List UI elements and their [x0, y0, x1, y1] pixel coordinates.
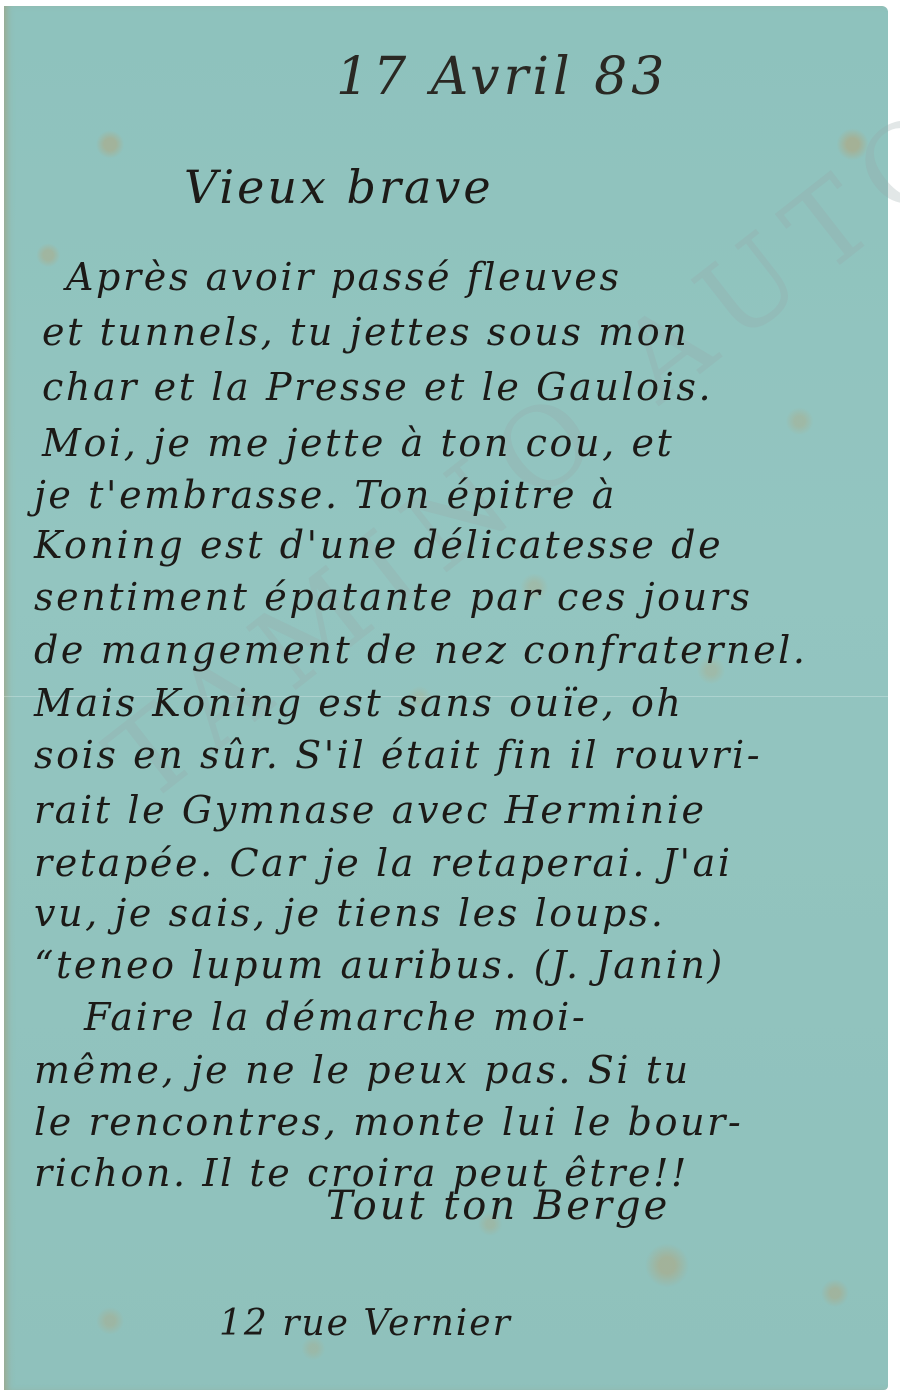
letter-body-line: Après avoir passé fleuves — [66, 258, 622, 296]
letter-salutation: Vieux brave — [184, 164, 494, 210]
letter-body-line: je t'embrasse. Ton épitre à — [34, 476, 617, 514]
letter-body-line: Koning est d'une délicatesse de — [34, 526, 723, 564]
letter-body-line: retapée. Car je la retaperai. J'ai — [34, 844, 733, 882]
letter-body-line: même, je ne le peux pas. Si tu — [34, 1051, 691, 1089]
letter-body-line: sentiment épatante par ces jours — [34, 578, 753, 616]
letter-closing-signature: Tout ton Berge — [326, 1186, 670, 1226]
letter-body-line: rait le Gymnase avec Herminie — [34, 791, 707, 829]
letter-body-line: sois en sûr. S'il était fin il rouvri- — [34, 736, 762, 774]
letter-body-line: Moi, je me jette à ton cou, et — [42, 424, 674, 462]
letter-address: 12 rue Vernier — [219, 1306, 512, 1342]
letter-date: 17 Avril 83 — [336, 51, 668, 103]
letter-body-line: vu, je sais, je tiens les loups. — [34, 894, 666, 932]
letter-body-line: Mais Koning est sans ouïe, oh — [34, 684, 684, 722]
letter-body-line: le rencontres, monte lui le bour- — [34, 1103, 743, 1141]
letter-body-line: “teneo lupum auribus. (J. Janin) — [34, 946, 725, 984]
letter-body-line: Faire la démarche moi- — [84, 998, 587, 1036]
letter-body-line: char et la Presse et le Gaulois. — [42, 368, 713, 406]
letter-body-line: de mangement de nez confraternel. — [34, 631, 808, 669]
letter-paper: TAMINO AUTOGRAPHS 17 Avril 83 Vieux brav… — [4, 6, 888, 1390]
letter-body-line: et tunnels, tu jettes sous mon — [42, 313, 689, 351]
